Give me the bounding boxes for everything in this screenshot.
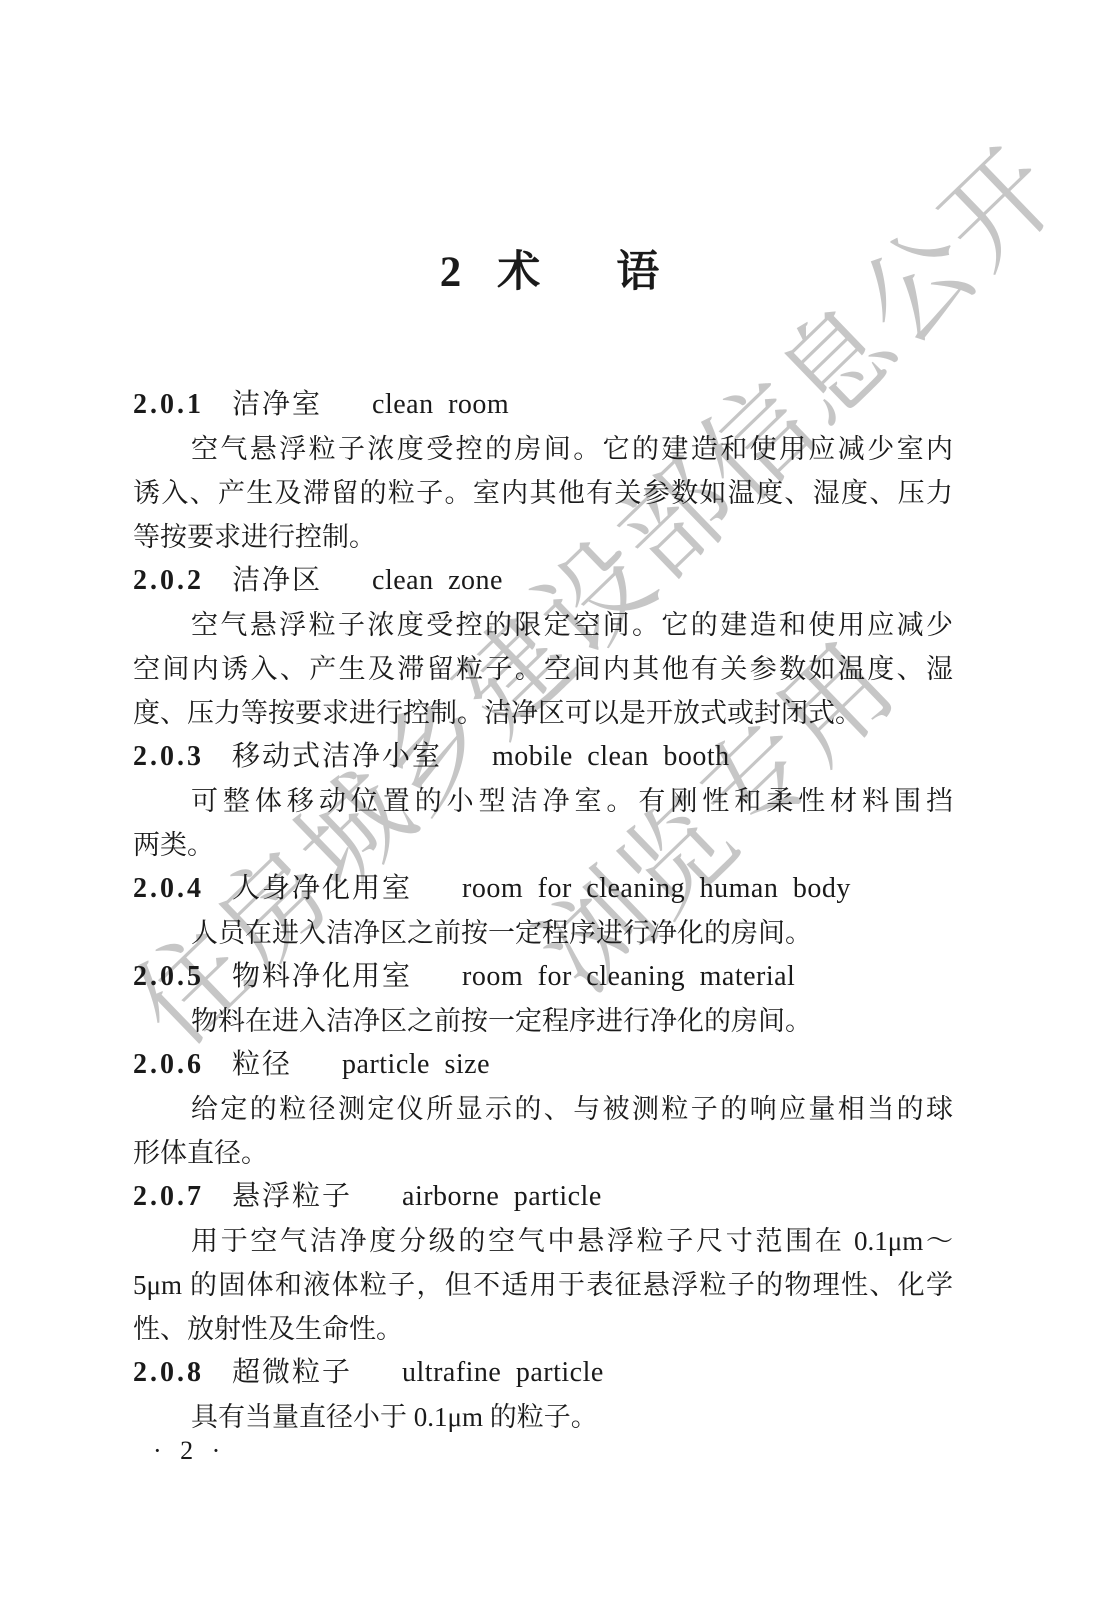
chapter-number: 2: [440, 249, 462, 296]
term-heading: 2.0.2洁净区clean zone: [133, 559, 953, 603]
term-heading: 2.0.1洁净室clean room: [133, 383, 953, 427]
paragraph-line: 5μm 的固体和液体粒子，但不适用于表征悬浮粒子的物理性、化学: [133, 1263, 953, 1307]
term-en: ultrafine particle: [402, 1357, 604, 1388]
term-en: clean room: [372, 389, 509, 420]
paragraph-line: 空间内诱入、产生及滞留粒子。空间内其他有关参数如温度、湿: [133, 647, 953, 691]
term-zh: 移动式洁净小室: [232, 741, 442, 772]
paragraph-line: 物料在进入洁净区之前按一定程序进行净化的房间。: [133, 999, 953, 1043]
term-zh: 悬浮粒子: [232, 1181, 352, 1212]
paragraph-line: 度、压力等按要求进行控制。洁净区可以是开放式或封闭式。: [133, 691, 953, 735]
clause-number: 2.0.1: [133, 389, 204, 420]
paragraph-line: 可整体移动位置的小型洁净室。有刚性和柔性材料围挡: [133, 779, 953, 823]
paragraph-line: 空气悬浮粒子浓度受控的限定空间。它的建造和使用应减少: [133, 603, 953, 647]
term-en: room for cleaning material: [462, 961, 795, 992]
term-heading: 2.0.5物料净化用室room for cleaning material: [133, 955, 953, 999]
paragraph-line: 形体直径。: [133, 1131, 953, 1175]
term-zh: 洁净室: [232, 389, 322, 420]
paragraph-line: 具有当量直径小于 0.1μm 的粒子。: [133, 1395, 953, 1439]
chapter-title-char-2: 语: [616, 249, 659, 296]
clause-number: 2.0.3: [133, 741, 204, 772]
paragraph-line: 诱入、产生及滞留的粒子。室内其他有关参数如温度、湿度、压力: [133, 471, 953, 515]
paragraph-line: 性、放射性及生命性。: [133, 1307, 953, 1351]
term-zh: 粒径: [232, 1049, 292, 1080]
document-page: 住房城乡建设部信息公开 浏览专用 2术语 2.0.1洁净室clean room …: [0, 0, 1099, 1598]
paragraph-line: 给定的粒径测定仪所显示的、与被测粒子的响应量相当的球: [133, 1087, 953, 1131]
term-en: particle size: [342, 1049, 490, 1080]
clause-number: 2.0.2: [133, 565, 204, 596]
page-number: · 2 ·: [153, 1436, 226, 1466]
clause-number: 2.0.5: [133, 961, 204, 992]
term-en: airborne particle: [402, 1181, 602, 1212]
term-heading: 2.0.4人身净化用室room for cleaning human body: [133, 867, 953, 911]
paragraph-line: 用于空气洁净度分级的空气中悬浮粒子尺寸范围在 0.1μm～: [133, 1219, 953, 1263]
clause-number: 2.0.8: [133, 1357, 204, 1388]
term-en: room for cleaning human body: [462, 873, 851, 904]
paragraph-line: 两类。: [133, 823, 953, 867]
term-zh: 物料净化用室: [232, 961, 412, 992]
term-heading: 2.0.3移动式洁净小室mobile clean booth: [133, 735, 953, 779]
paragraph-line: 空气悬浮粒子浓度受控的房间。它的建造和使用应减少室内: [133, 427, 953, 471]
term-heading: 2.0.6粒径particle size: [133, 1043, 953, 1087]
term-zh: 洁净区: [232, 565, 322, 596]
paragraph-line: 等按要求进行控制。: [133, 515, 953, 559]
term-en: mobile clean booth: [492, 741, 730, 772]
chapter-title: 2术语: [0, 238, 1099, 299]
term-zh: 超微粒子: [232, 1357, 352, 1388]
paragraph-line: 人员在进入洁净区之前按一定程序进行净化的房间。: [133, 911, 953, 955]
terminology-content: 2.0.1洁净室clean room 空气悬浮粒子浓度受控的房间。它的建造和使用…: [133, 383, 953, 1439]
clause-number: 2.0.7: [133, 1181, 204, 1212]
clause-number: 2.0.4: [133, 873, 204, 904]
chapter-title-char-1: 术: [497, 249, 540, 296]
term-zh: 人身净化用室: [232, 873, 412, 904]
clause-number: 2.0.6: [133, 1049, 204, 1080]
term-en: clean zone: [372, 565, 503, 596]
term-heading: 2.0.8超微粒子ultrafine particle: [133, 1351, 953, 1395]
term-heading: 2.0.7悬浮粒子airborne particle: [133, 1175, 953, 1219]
